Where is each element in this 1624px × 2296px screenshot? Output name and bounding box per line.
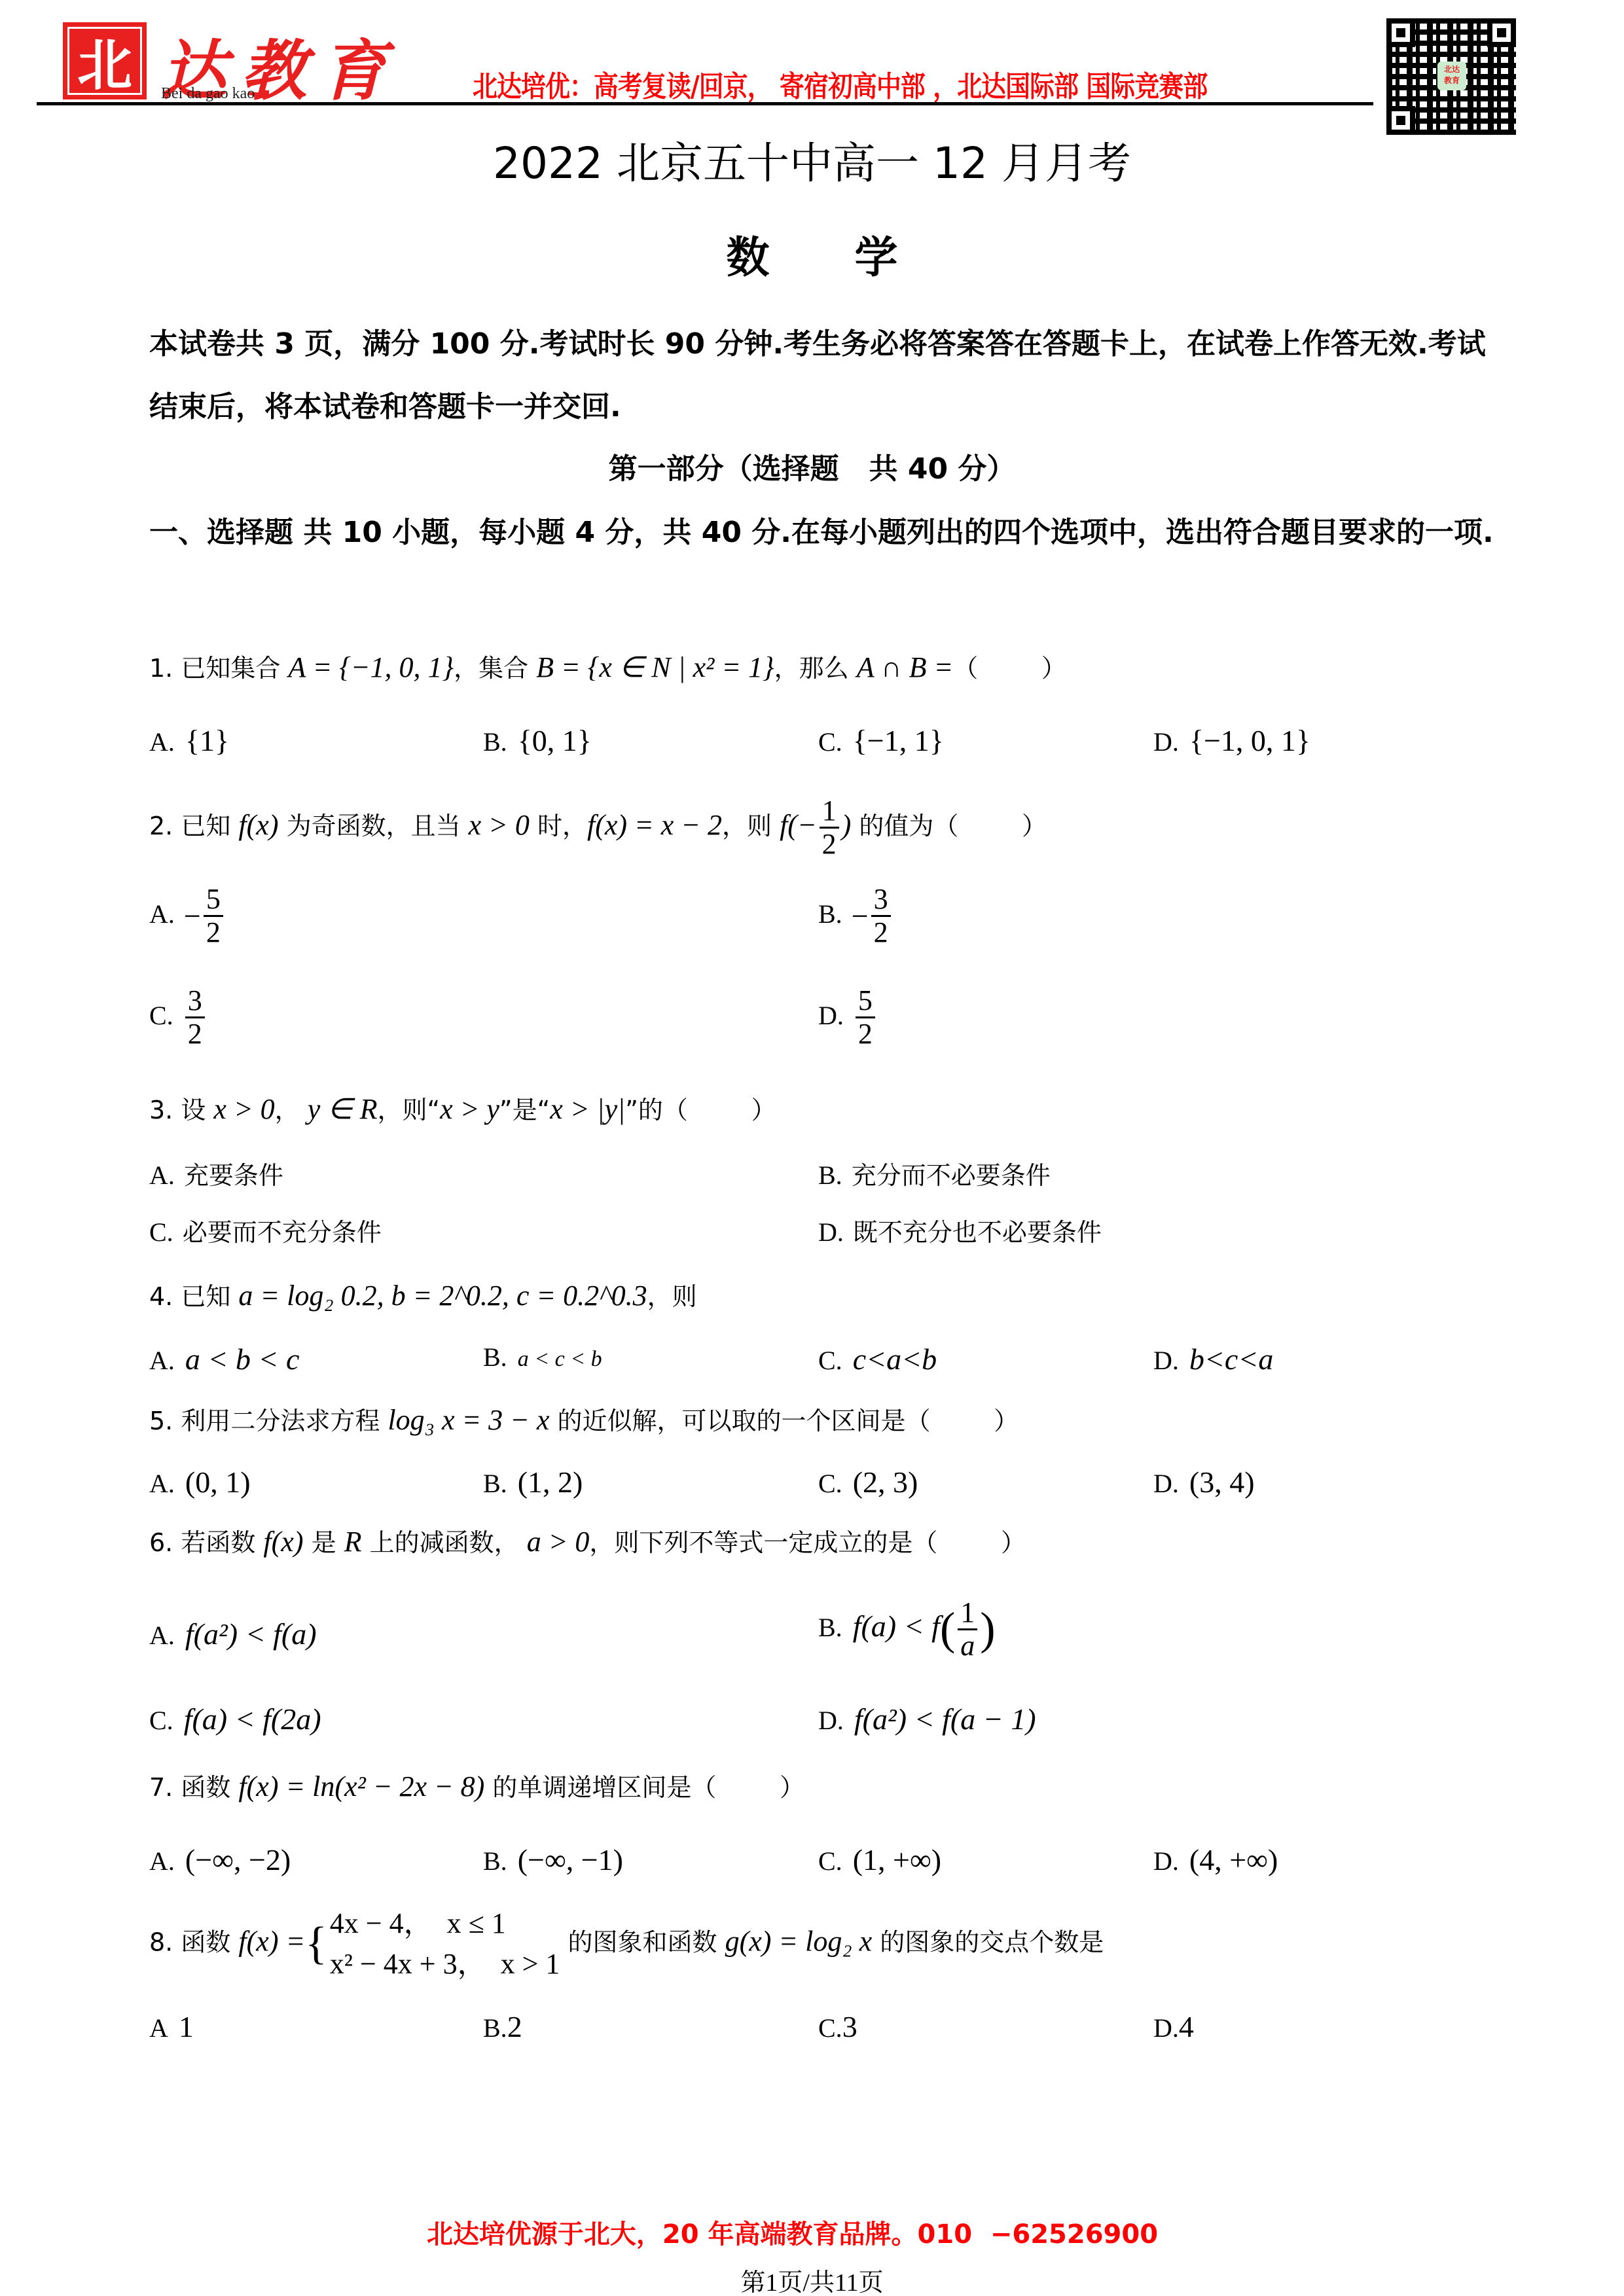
- option-label: A.: [149, 1346, 175, 1375]
- q-text: ”是“: [499, 1096, 550, 1124]
- option-value: f(a) < f: [853, 1609, 940, 1643]
- answer-blank: （ ）: [953, 654, 1066, 683]
- q-text: ，: [275, 1096, 308, 1124]
- option-label: A.: [149, 1160, 175, 1190]
- minus-sign: −: [184, 899, 201, 933]
- option-label: C.: [818, 2013, 842, 2043]
- fraction: 1a: [958, 1597, 977, 1662]
- option-a[interactable]: A.f(a²) < f(a): [149, 1617, 317, 1651]
- fraction: 52: [204, 884, 223, 948]
- option-label: A.: [149, 899, 175, 929]
- brand-logo: 北 达教育 Bei da gao kao: [63, 22, 403, 101]
- option-value: (3, 4): [1189, 1465, 1255, 1499]
- q-text: 的单调递增区间是（ ）: [484, 1773, 804, 1802]
- option-b[interactable]: B.(1, 2): [483, 1465, 583, 1499]
- option-b[interactable]: B.(−∞, −1): [483, 1842, 623, 1877]
- question-4: 4. 已知 a = log₂ 0.2, b = 2^0.2, c = 0.2^0…: [149, 1276, 697, 1312]
- option-d[interactable]: D.(3, 4): [1153, 1465, 1255, 1499]
- case-2: x² − 4x + 3， x > 1: [330, 1944, 560, 1984]
- q-math: f(x) = x − 2: [587, 809, 722, 841]
- option-label: A.: [149, 1469, 175, 1498]
- denominator: a: [960, 1630, 975, 1662]
- exam-subject: 数学: [0, 223, 1624, 285]
- denominator: 2: [874, 917, 888, 948]
- option-a[interactable]: A.{1}: [149, 723, 229, 758]
- option-d[interactable]: D.52: [818, 985, 878, 1050]
- option-label: B.: [483, 1846, 507, 1876]
- option-label: D.: [818, 1217, 844, 1247]
- case-1: 4x − 4， x ≤ 1: [330, 1903, 560, 1944]
- option-d[interactable]: D.b<c<a: [1153, 1342, 1273, 1376]
- logo-subtitle: Bei da gao kao: [161, 85, 269, 103]
- option-label: C.: [149, 1001, 173, 1030]
- option-value: 3: [842, 2010, 857, 2043]
- header-divider: [37, 102, 1373, 105]
- q-math: a = log₂ 0.2, b = 2^0.2, c = 0.2^0.3: [238, 1280, 647, 1312]
- option-value: {−1, 1}: [853, 724, 944, 757]
- question-7: 7. 函数 f(x) = ln(x² − 2x − 8) 的单调递增区间是（ ）: [149, 1767, 804, 1803]
- fraction: 52: [856, 985, 875, 1050]
- q-text: 5. 利用二分法求方程: [149, 1407, 388, 1435]
- option-a[interactable]: A.−52: [149, 884, 226, 948]
- option-a[interactable]: A.a < b < c: [149, 1342, 299, 1376]
- option-value: 必要而不充分条件: [183, 1218, 382, 1247]
- q-math: A = {−1, 0, 1}: [288, 651, 454, 683]
- q-math: A ∩ B =: [857, 651, 953, 683]
- option-label: B.: [483, 1342, 507, 1372]
- option-value: (1, 2): [518, 1465, 583, 1499]
- q-text: ，则: [722, 812, 780, 840]
- q-text: 的图象的交点个数是: [872, 1928, 1104, 1957]
- numerator: 1: [958, 1597, 977, 1630]
- option-label: B.: [483, 2013, 507, 2043]
- qr-badge-line: 教育: [1437, 75, 1466, 86]
- option-label: C.: [818, 727, 842, 757]
- option-value: (−∞, −1): [518, 1843, 623, 1876]
- logo-seal-char: 北: [65, 25, 144, 97]
- q-math: f(−: [780, 809, 817, 841]
- option-label: B.: [483, 1469, 507, 1498]
- q-text: ，则“: [377, 1096, 440, 1124]
- option-label: D.: [1153, 2013, 1179, 2043]
- q-math: a > 0: [527, 1526, 590, 1558]
- q-math: x > 0: [213, 1093, 274, 1125]
- q-math: x > |y|: [550, 1093, 625, 1125]
- exam-instructions: 本试卷共 3 页，满分 100 分.考试时长 90 分钟.考生务必将答案答在答题…: [149, 313, 1498, 439]
- option-label: D.: [1153, 727, 1179, 757]
- q-text: 6. 若函数: [149, 1528, 263, 1557]
- option-label: B.: [818, 899, 842, 929]
- option-a[interactable]: A.(−∞, −2): [149, 1842, 291, 1877]
- option-value: (0, 1): [185, 1465, 251, 1499]
- q-text: 8. 函数: [149, 1928, 238, 1957]
- option-b[interactable]: B.2: [483, 2009, 522, 2044]
- option-label: D.: [818, 1706, 844, 1735]
- option-value: {1}: [185, 724, 229, 757]
- option-label: C.: [818, 1469, 842, 1498]
- option-b[interactable]: B.充分而不必要条件: [818, 1155, 1051, 1191]
- q-math: f(x): [238, 809, 278, 841]
- option-value: (1, +∞): [853, 1843, 941, 1876]
- q-text: 7. 函数: [149, 1773, 238, 1802]
- option-value: a < b < c: [185, 1342, 300, 1376]
- q-text: 是: [303, 1528, 344, 1557]
- option-label: C.: [818, 1346, 842, 1375]
- option-label: A.: [149, 1621, 175, 1650]
- q-text: 1. 已知集合: [149, 654, 288, 683]
- q-math: f(x): [263, 1526, 303, 1558]
- denominator: 2: [206, 917, 221, 948]
- option-c[interactable]: C.3: [818, 2009, 857, 2044]
- answer-blank: ，则下列不等式一定成立的是（ ）: [589, 1528, 1026, 1557]
- option-value: 1: [179, 2010, 194, 2043]
- option-value: f(a²) < f(a − 1): [854, 1702, 1036, 1736]
- option-value: 2: [507, 2010, 522, 2043]
- footer-brand: 北达培优源于北大，20 年高端教育品牌。010 −62526900: [0, 2214, 1624, 2251]
- qr-center-badge: 北达 教育: [1437, 62, 1466, 90]
- option-label: C.: [149, 1217, 173, 1247]
- denominator: 2: [188, 1018, 202, 1050]
- q-math: log₃ x = 3 − x: [388, 1404, 549, 1436]
- option-label: A.: [149, 727, 175, 757]
- option-a[interactable]: A1: [149, 2009, 194, 2044]
- option-label: A: [149, 2013, 168, 2043]
- q-math: ): [842, 809, 852, 841]
- q-text: 2. 已知: [149, 812, 238, 840]
- q-text: 时，: [530, 812, 587, 840]
- option-label: A.: [149, 1846, 175, 1876]
- answer-blank: ”的（ ）: [625, 1096, 776, 1124]
- answer-blank: 的值为（ ）: [851, 812, 1047, 840]
- numerator: 5: [204, 884, 223, 917]
- question-8: 8. 函数 f(x) ={4x − 4， x ≤ 1x² − 4x + 3， x…: [149, 1903, 1104, 1984]
- fraction: 32: [871, 884, 891, 948]
- option-value: f(a) < f(2a): [184, 1702, 321, 1736]
- option-d[interactable]: D.4: [1153, 2009, 1194, 2044]
- q-text: 3. 设: [149, 1096, 213, 1124]
- option-c[interactable]: C.32: [149, 985, 208, 1050]
- logo-seal: 北: [63, 22, 147, 99]
- option-value: f(a²) < f(a): [185, 1617, 317, 1651]
- numerator: 3: [871, 884, 891, 917]
- q-math: B = {x ∈ N | x² = 1}: [536, 651, 774, 683]
- option-a[interactable]: A.充要条件: [149, 1155, 283, 1191]
- q-text: 为奇函数，且当: [278, 812, 468, 840]
- option-label: D.: [818, 1001, 844, 1030]
- q-text: ，则: [647, 1282, 697, 1311]
- numerator: 5: [856, 985, 875, 1018]
- question-2: 2. 已知 f(x) 为奇函数，且当 x > 0 时，f(x) = x − 2，…: [149, 795, 1047, 860]
- option-c[interactable]: C.必要而不充分条件: [149, 1212, 382, 1248]
- qr-finder: [1487, 18, 1516, 47]
- option-value: {0, 1}: [518, 724, 592, 757]
- option-b[interactable]: B.a < c < b: [483, 1342, 602, 1372]
- piecewise-cases: 4x − 4， x ≤ 1x² − 4x + 3， x > 1: [330, 1903, 560, 1984]
- option-value: (2, 3): [853, 1465, 918, 1499]
- exam-title: 2022 北京五十中高一 12 月月考: [0, 128, 1624, 190]
- option-value: c<a<b: [853, 1342, 937, 1376]
- qr-badge-line: 北达: [1437, 64, 1466, 75]
- q-math: R: [344, 1526, 362, 1558]
- question-6: 6. 若函数 f(x) 是 R 上的减函数， a > 0，则下列不等式一定成立的…: [149, 1522, 1026, 1558]
- q-text: ，集合: [454, 654, 536, 683]
- option-value: a < c < b: [518, 1347, 602, 1371]
- part-heading: 第一部分（选择题 共 40 分）: [0, 445, 1624, 487]
- fraction: 32: [185, 985, 205, 1050]
- q-math: y ∈ R: [308, 1093, 378, 1125]
- q-math: g(x) = log₂ x: [725, 1926, 873, 1958]
- option-d[interactable]: D.f(a²) < f(a − 1): [818, 1702, 1036, 1736]
- q-text: 的图象和函数: [560, 1928, 725, 1957]
- q-math: x > y: [440, 1093, 499, 1125]
- option-c[interactable]: C.c<a<b: [818, 1342, 937, 1376]
- question-1: 1. 已知集合 A = {−1, 0, 1}，集合 B = {x ∈ N | x…: [149, 648, 1066, 684]
- option-b[interactable]: B.f(a) < f(1a): [818, 1597, 996, 1662]
- page-number: 第1页/共11页: [0, 2262, 1624, 2296]
- option-b[interactable]: B.−32: [818, 884, 893, 948]
- option-label: D.: [1153, 1469, 1179, 1498]
- brace: {: [305, 1918, 327, 1969]
- header-slogan: 北达培优：高考复读/回京， 寄宿初高中部 ，北达国际部 国际竞赛部: [473, 63, 1207, 105]
- option-value: b<c<a: [1189, 1342, 1274, 1376]
- option-label: C.: [149, 1706, 173, 1735]
- option-value: 4: [1179, 2010, 1194, 2043]
- red-square-icon: [261, 90, 269, 98]
- option-label: D.: [1153, 1346, 1179, 1375]
- q-text: ，那么: [774, 654, 857, 683]
- q-math: f(x) =: [238, 1926, 305, 1958]
- option-c[interactable]: C.f(a) < f(2a): [149, 1702, 321, 1736]
- option-c[interactable]: C.{−1, 1}: [818, 723, 944, 758]
- denominator: 2: [822, 829, 837, 860]
- q-text: 上的减函数，: [362, 1528, 527, 1557]
- q-math: x > 0: [469, 809, 530, 841]
- qr-code-icon: 北达 教育: [1386, 18, 1516, 135]
- option-value: 充要条件: [184, 1161, 283, 1190]
- option-value: 既不充分也不必要条件: [853, 1218, 1102, 1247]
- question-3: 3. 设 x > 0， y ∈ R，则“x > y”是“x > |y|”的（ ）: [149, 1090, 776, 1126]
- option-label: C.: [818, 1846, 842, 1876]
- option-b[interactable]: B.{0, 1}: [483, 723, 592, 758]
- numerator: 1: [820, 795, 839, 829]
- q-math: f(x) = ln(x² − 2x − 8): [238, 1770, 484, 1803]
- option-label: B.: [818, 1613, 842, 1642]
- section-heading: 一、选择题 共 10 小题，每小题 4 分，共 40 分.在每小题列出的四个选项…: [149, 501, 1498, 564]
- q-text: 4. 已知: [149, 1282, 238, 1311]
- minus-sign: −: [852, 899, 869, 933]
- qr-finder: [1386, 18, 1415, 47]
- option-label: D.: [1153, 1846, 1179, 1876]
- option-value: (−∞, −2): [185, 1843, 291, 1876]
- option-d[interactable]: D.{−1, 0, 1}: [1153, 723, 1310, 758]
- option-label: B.: [818, 1160, 842, 1190]
- option-value: {−1, 0, 1}: [1189, 724, 1310, 757]
- option-label: B.: [483, 727, 507, 757]
- option-d[interactable]: D.(4, +∞): [1153, 1842, 1278, 1877]
- fraction: 12: [820, 795, 839, 860]
- option-d[interactable]: D.既不充分也不必要条件: [818, 1212, 1102, 1248]
- logo-subtitle-text: Bei da gao kao: [161, 85, 255, 102]
- option-value: (4, +∞): [1189, 1843, 1278, 1876]
- q-text: 的近似解，可以取的一个区间是（ ）: [549, 1407, 1019, 1435]
- option-c[interactable]: C.(1, +∞): [818, 1842, 941, 1877]
- question-5: 5. 利用二分法求方程 log₃ x = 3 − x 的近似解，可以取的一个区间…: [149, 1401, 1019, 1437]
- option-c[interactable]: C.(2, 3): [818, 1465, 918, 1499]
- denominator: 2: [858, 1018, 873, 1050]
- option-value: 充分而不必要条件: [852, 1161, 1051, 1190]
- option-a[interactable]: A.(0, 1): [149, 1465, 251, 1499]
- numerator: 3: [185, 985, 205, 1018]
